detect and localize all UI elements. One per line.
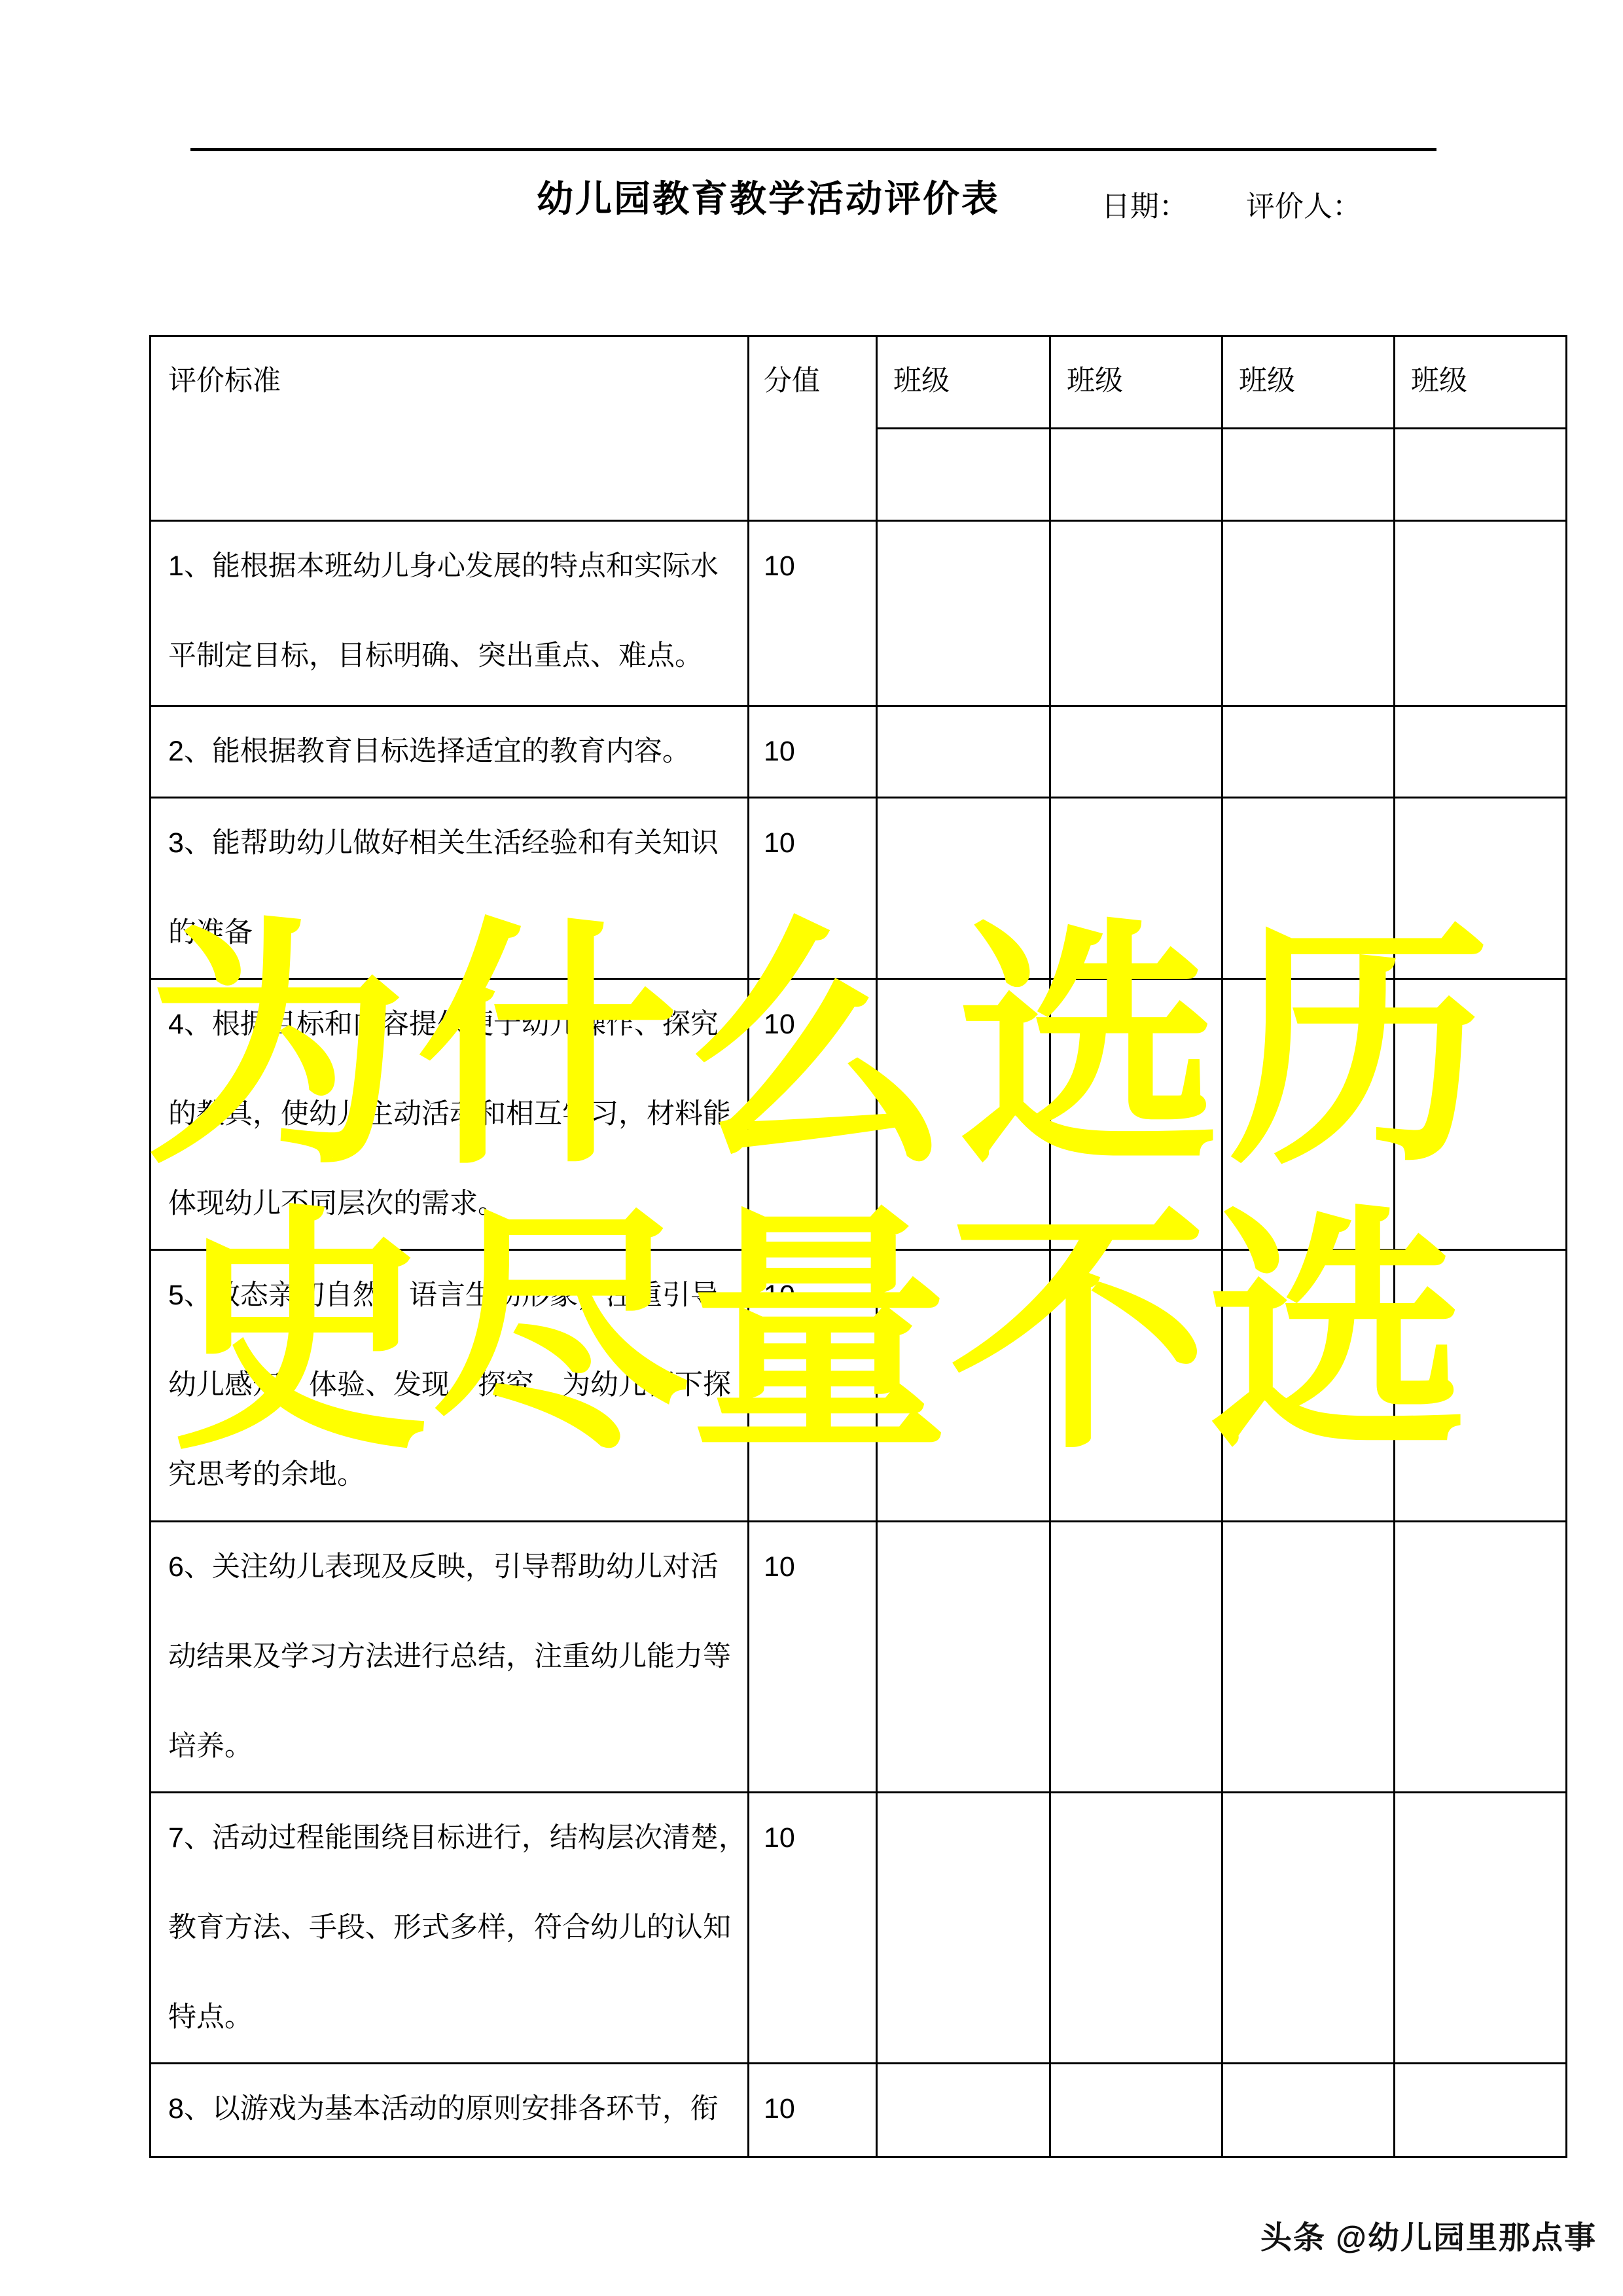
header-class-label: 班级 [1395, 337, 1565, 425]
score-cell: 10 [749, 706, 877, 798]
class-cell [877, 2064, 1050, 2157]
class-subcell [1050, 429, 1222, 521]
criteria-cell: 1、能根据本班幼儿身心发展的特点和实际水 平制定目标，目标明确、突出重点、难点。 [151, 521, 749, 706]
watermark-line-1: 为什么选历 [145, 918, 1500, 1179]
score-cell: 10 [749, 521, 877, 706]
header-class-3: 班级 [1222, 336, 1395, 429]
class-cell [1222, 1522, 1395, 1793]
header-score-label: 分值 [749, 337, 876, 425]
header-class-label: 班级 [878, 337, 1049, 425]
class-cell [1395, 1793, 1567, 2064]
score-cell: 10 [749, 1793, 877, 2064]
class-cell [1395, 521, 1567, 706]
class-cell [1050, 1793, 1222, 2064]
class-cell [877, 1793, 1050, 2064]
class-cell [1050, 521, 1222, 706]
header-class-label: 班级 [1051, 337, 1221, 425]
criteria-line: 1、能根据本班幼儿身心发展的特点和实际水 [151, 522, 747, 611]
header-row: 评价标准 分值 班级 班级 班级 班级 [151, 336, 1567, 429]
class-cell [1395, 2064, 1567, 2157]
table-row: 7、活动过程能围绕目标进行，结构层次清楚， 教育方法、手段、形式多样，符合幼儿的… [151, 1793, 1567, 2064]
score-value: 10 [749, 522, 876, 611]
criteria-line: 3、能帮助幼儿做好相关生活经验和有关知识 [151, 798, 747, 888]
table-row: 2、能根据教育目标选择适宜的教育内容。 10 [151, 706, 1567, 798]
score-value: 10 [749, 1522, 876, 1612]
criteria-line: 8、以游戏为基本活动的原则安排各环节，衔 [151, 2064, 747, 2154]
class-cell [877, 706, 1050, 798]
class-cell [877, 521, 1050, 706]
class-cell [1222, 1793, 1395, 2064]
header-score-cell: 分值 [749, 336, 877, 521]
class-cell [1222, 2064, 1395, 2157]
header-class-2: 班级 [1050, 336, 1222, 429]
table-row: 6、关注幼儿表现及反映，引导帮助幼儿对活 动结果及学习方法进行总结，注重幼儿能力… [151, 1522, 1567, 1793]
criteria-cell: 6、关注幼儿表现及反映，引导帮助幼儿对活 动结果及学习方法进行总结，注重幼儿能力… [151, 1522, 749, 1793]
criteria-line: 平制定目标，目标明确、突出重点、难点。 [151, 611, 747, 701]
criteria-line: 动结果及学习方法进行总结，注重幼儿能力等 [151, 1612, 747, 1702]
score-value: 10 [749, 2064, 876, 2154]
table-row: 8、以游戏为基本活动的原则安排各环节，衔 10 [151, 2064, 1567, 2157]
watermark-line-2: 史尽量不选 [171, 1204, 1467, 1463]
table-row: 1、能根据本班幼儿身心发展的特点和实际水 平制定目标，目标明确、突出重点、难点。… [151, 521, 1567, 706]
criteria-line: 7、活动过程能围绕目标进行，结构层次清楚， [151, 1793, 747, 1883]
criteria-line: 特点。 [151, 1973, 747, 2062]
class-subcell [1222, 429, 1395, 521]
score-value: 10 [749, 707, 876, 797]
criteria-cell: 8、以游戏为基本活动的原则安排各环节，衔 [151, 2064, 749, 2157]
attribution-text: 头条 @幼儿园里那点事 [1008, 2219, 1597, 2258]
criteria-line: 2、能根据教育目标选择适宜的教育内容。 [151, 707, 747, 797]
class-subcell [1395, 429, 1567, 521]
header-class-1: 班级 [877, 336, 1050, 429]
criteria-line: 6、关注幼儿表现及反映，引导帮助幼儿对活 [151, 1522, 747, 1612]
header-class-label: 班级 [1223, 337, 1393, 425]
class-cell [1050, 706, 1222, 798]
criteria-line: 教育方法、手段、形式多样，符合幼儿的认知 [151, 1883, 747, 1973]
class-cell [1222, 706, 1395, 798]
evaluator-label: 评价人： [1246, 188, 1361, 225]
class-cell [1395, 706, 1567, 798]
class-cell [1050, 1522, 1222, 1793]
criteria-cell: 7、活动过程能围绕目标进行，结构层次清楚， 教育方法、手段、形式多样，符合幼儿的… [151, 1793, 749, 2064]
score-value: 10 [749, 798, 876, 888]
header-criteria-cell: 评价标准 [151, 336, 749, 521]
score-cell: 10 [749, 2064, 877, 2157]
class-subcell [877, 429, 1050, 521]
page-title: 幼儿园教育教学活动评价表 [537, 171, 1000, 226]
header-criteria-label: 评价标准 [151, 337, 747, 425]
header-class-4: 班级 [1395, 336, 1567, 429]
class-cell [877, 1522, 1050, 1793]
class-cell [1395, 1522, 1567, 1793]
criteria-line: 培养。 [151, 1702, 747, 1791]
top-rule [190, 148, 1436, 151]
score-value: 10 [749, 1793, 876, 1883]
class-cell [1050, 2064, 1222, 2157]
date-label: 日期： [1101, 188, 1188, 225]
criteria-cell: 2、能根据教育目标选择适宜的教育内容。 [151, 706, 749, 798]
document-page: 幼儿园教育教学活动评价表 日期： 评价人： 评价标准 分值 班级 班级 [0, 0, 1623, 2296]
class-cell [1222, 521, 1395, 706]
score-cell: 10 [749, 1522, 877, 1793]
